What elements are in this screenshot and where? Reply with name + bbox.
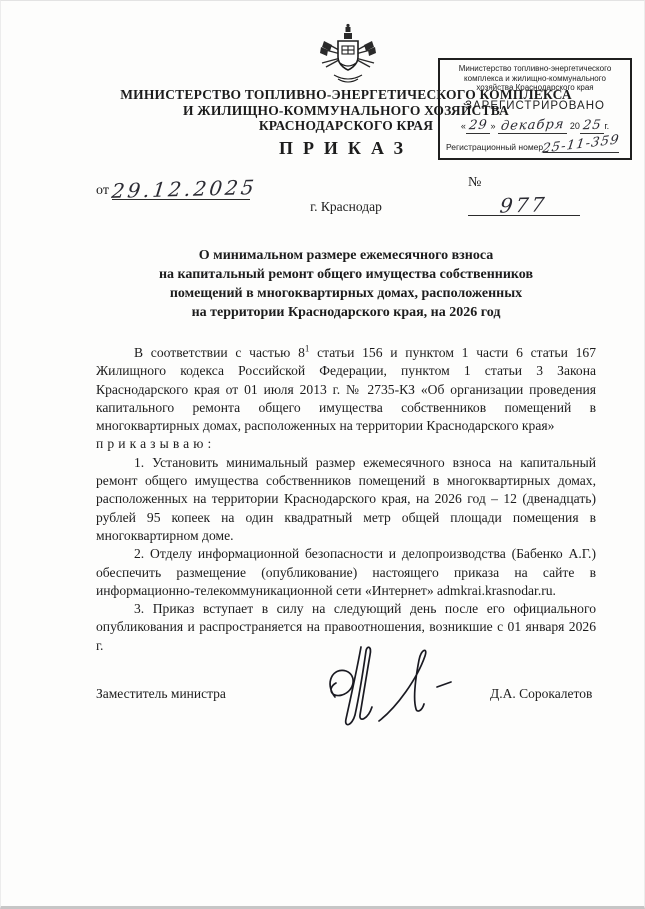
stamp-org-line-2: комплекса и жилищно-коммунального [442,74,628,84]
signatory-name: Д.А. Сорокалетов [490,686,592,702]
stamp-year-fill: 25 [582,117,602,132]
stamp-year-suffix: г. [604,121,609,131]
stamp-org-line-1: Министерство топливно-энергетического [442,64,628,74]
stamp-date-day: 29 [468,117,488,132]
stamp-date-month: декабря [500,117,565,134]
stamp-registered-label: ЗАРЕГИСТРИРОВАНО [442,100,628,112]
order-body: В соответствии с частью 81 статьи 156 и … [96,344,596,655]
order-item-1: 1. Установить минимальный размер ежемеся… [96,454,596,545]
preamble-paragraph: В соответствии с частью 81 статьи 156 и … [96,344,596,435]
stamp-year-prefix: 20 [570,121,580,131]
preamble-text-start: В соответствии с частью 8 [134,345,305,360]
doc-type-title: ПРИКАЗ [96,138,596,159]
stamp-org-name: Министерство топливно-энергетического ко… [442,64,628,93]
order-title-line-3: помещений в многоквартирных домах, распо… [96,284,596,303]
date-prefix: от [96,183,109,198]
signature-position-label: Заместитель министра [96,686,226,702]
date-field: от 29.12.2025 [96,175,250,200]
prikaz-word: приказываю: [96,435,596,453]
stamp-quote-close: » [490,121,495,131]
order-item-2: 2. Отделу информационной безопасности и … [96,545,596,600]
stamp-date-field: «29» декабря 2025г. [442,118,628,134]
stamp-org-line-3: хозяйства Краснодарского края [442,83,628,93]
order-title: О минимальном размере ежемесячного взнос… [96,246,596,322]
signature-stroke [319,643,477,735]
order-title-line-1: О минимальном размере ежемесячного взнос… [96,246,596,265]
city-label: г. Краснодар [96,199,596,215]
number-prefix: № [468,175,481,190]
date-number-row: от 29.12.2025 № 977 [96,169,596,195]
coat-of-arms-icon [318,23,378,87]
order-title-line-2: на капитальный ремонт общего имущества с… [96,265,596,284]
order-title-line-4: на территории Краснодарского края, на 20… [96,303,596,322]
document-page: МИНИСТЕРСТВО ТОПЛИВНО-ЭНЕРГЕТИЧЕСКОГО КО… [0,0,645,909]
